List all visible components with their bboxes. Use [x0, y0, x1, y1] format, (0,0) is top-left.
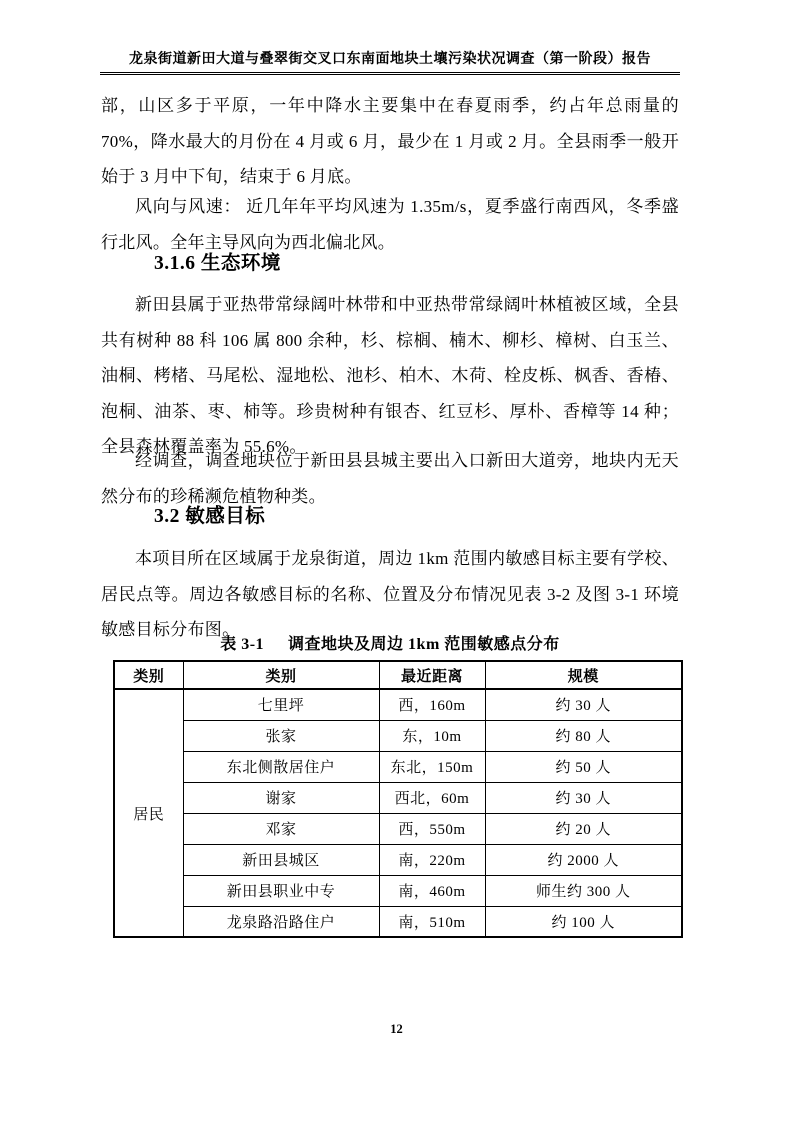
- paragraph-rainfall: 部，山区多于平原，一年中降水主要集中在春夏雨季，约占年总雨量的 70%，降水最大…: [101, 88, 679, 195]
- cell-distance: 南，510m: [379, 906, 485, 937]
- column-header-name: 类别: [183, 661, 379, 689]
- table-caption: 表 3-1调查地块及周边 1km 范围敏感点分布: [101, 634, 679, 655]
- cell-distance: 西，160m: [379, 689, 485, 720]
- table-row: 谢家 西北，60m 约 30 人: [114, 782, 682, 813]
- cell-name: 新田县职业中专: [183, 875, 379, 906]
- cell-distance: 南，460m: [379, 875, 485, 906]
- cell-name: 邓家: [183, 813, 379, 844]
- table-body: 居民 七里坪 西，160m 约 30 人 张家 东，10m 约 80 人 东北侧…: [114, 689, 682, 937]
- table-row: 张家 东，10m 约 80 人: [114, 720, 682, 751]
- heading-3-1-6-ecology: 3.1.6 生态环境: [101, 250, 679, 278]
- cell-distance: 东，10m: [379, 720, 485, 751]
- cell-name: 张家: [183, 720, 379, 751]
- cell-scale: 师生约 300 人: [485, 875, 682, 906]
- table-row: 邓家 西，550m 约 20 人: [114, 813, 682, 844]
- table-row: 东北侧散居住户 东北，150m 约 50 人: [114, 751, 682, 782]
- cell-distance: 南，220m: [379, 844, 485, 875]
- table-row: 新田县城区 南，220m 约 2000 人: [114, 844, 682, 875]
- column-header-category: 类别: [114, 661, 183, 689]
- cell-scale: 约 80 人: [485, 720, 682, 751]
- paragraph-vegetation: 新田县属于亚热带常绿阔叶林带和中亚热带常绿阔叶林植被区域，全县共有树种 88 科…: [101, 287, 679, 465]
- table-header-row: 类别 类别 最近距离 规模: [114, 661, 682, 689]
- column-header-distance: 最近距离: [379, 661, 485, 689]
- cell-distance: 西北，60m: [379, 782, 485, 813]
- report-page: 龙泉街道新田大道与叠翠街交叉口东南面地块土壤污染状况调查（第一阶段）报告 部，山…: [0, 0, 793, 1122]
- sensitive-points-table: 类别 类别 最近距离 规模 居民 七里坪 西，160m 约 30 人 张家 东，…: [113, 660, 683, 938]
- cell-scale: 约 30 人: [485, 689, 682, 720]
- paragraph-sensitive-overview: 本项目所在区域属于龙泉街道，周边 1km 范围内敏感目标主要有学校、居民点等。周…: [101, 541, 679, 648]
- page-header-title: 龙泉街道新田大道与叠翠街交叉口东南面地块土壤污染状况调查（第一阶段）报告: [129, 52, 651, 67]
- cell-scale: 约 100 人: [485, 906, 682, 937]
- table-row: 龙泉路沿路住户 南，510m 约 100 人: [114, 906, 682, 937]
- cell-scale: 约 20 人: [485, 813, 682, 844]
- group-cell-residents: 居民: [114, 689, 183, 937]
- cell-distance: 西，550m: [379, 813, 485, 844]
- table-row: 居民 七里坪 西，160m 约 30 人: [114, 689, 682, 720]
- cell-scale: 约 30 人: [485, 782, 682, 813]
- page-header: 龙泉街道新田大道与叠翠街交叉口东南面地块土壤污染状况调查（第一阶段）报告: [100, 50, 680, 75]
- table-row: 新田县职业中专 南，460m 师生约 300 人: [114, 875, 682, 906]
- cell-scale: 约 2000 人: [485, 844, 682, 875]
- table-caption-label: 表 3-1: [220, 636, 264, 653]
- column-header-scale: 规模: [485, 661, 682, 689]
- page-number: 12: [0, 1022, 793, 1037]
- cell-scale: 约 50 人: [485, 751, 682, 782]
- cell-distance: 东北，150m: [379, 751, 485, 782]
- cell-name: 谢家: [183, 782, 379, 813]
- heading-3-2-sensitive-targets: 3.2 敏感目标: [101, 503, 679, 531]
- cell-name: 龙泉路沿路住户: [183, 906, 379, 937]
- cell-name: 东北侧散居住户: [183, 751, 379, 782]
- cell-name: 七里坪: [183, 689, 379, 720]
- table-caption-title: 调查地块及周边 1km 范围敏感点分布: [288, 636, 560, 653]
- cell-name: 新田县城区: [183, 844, 379, 875]
